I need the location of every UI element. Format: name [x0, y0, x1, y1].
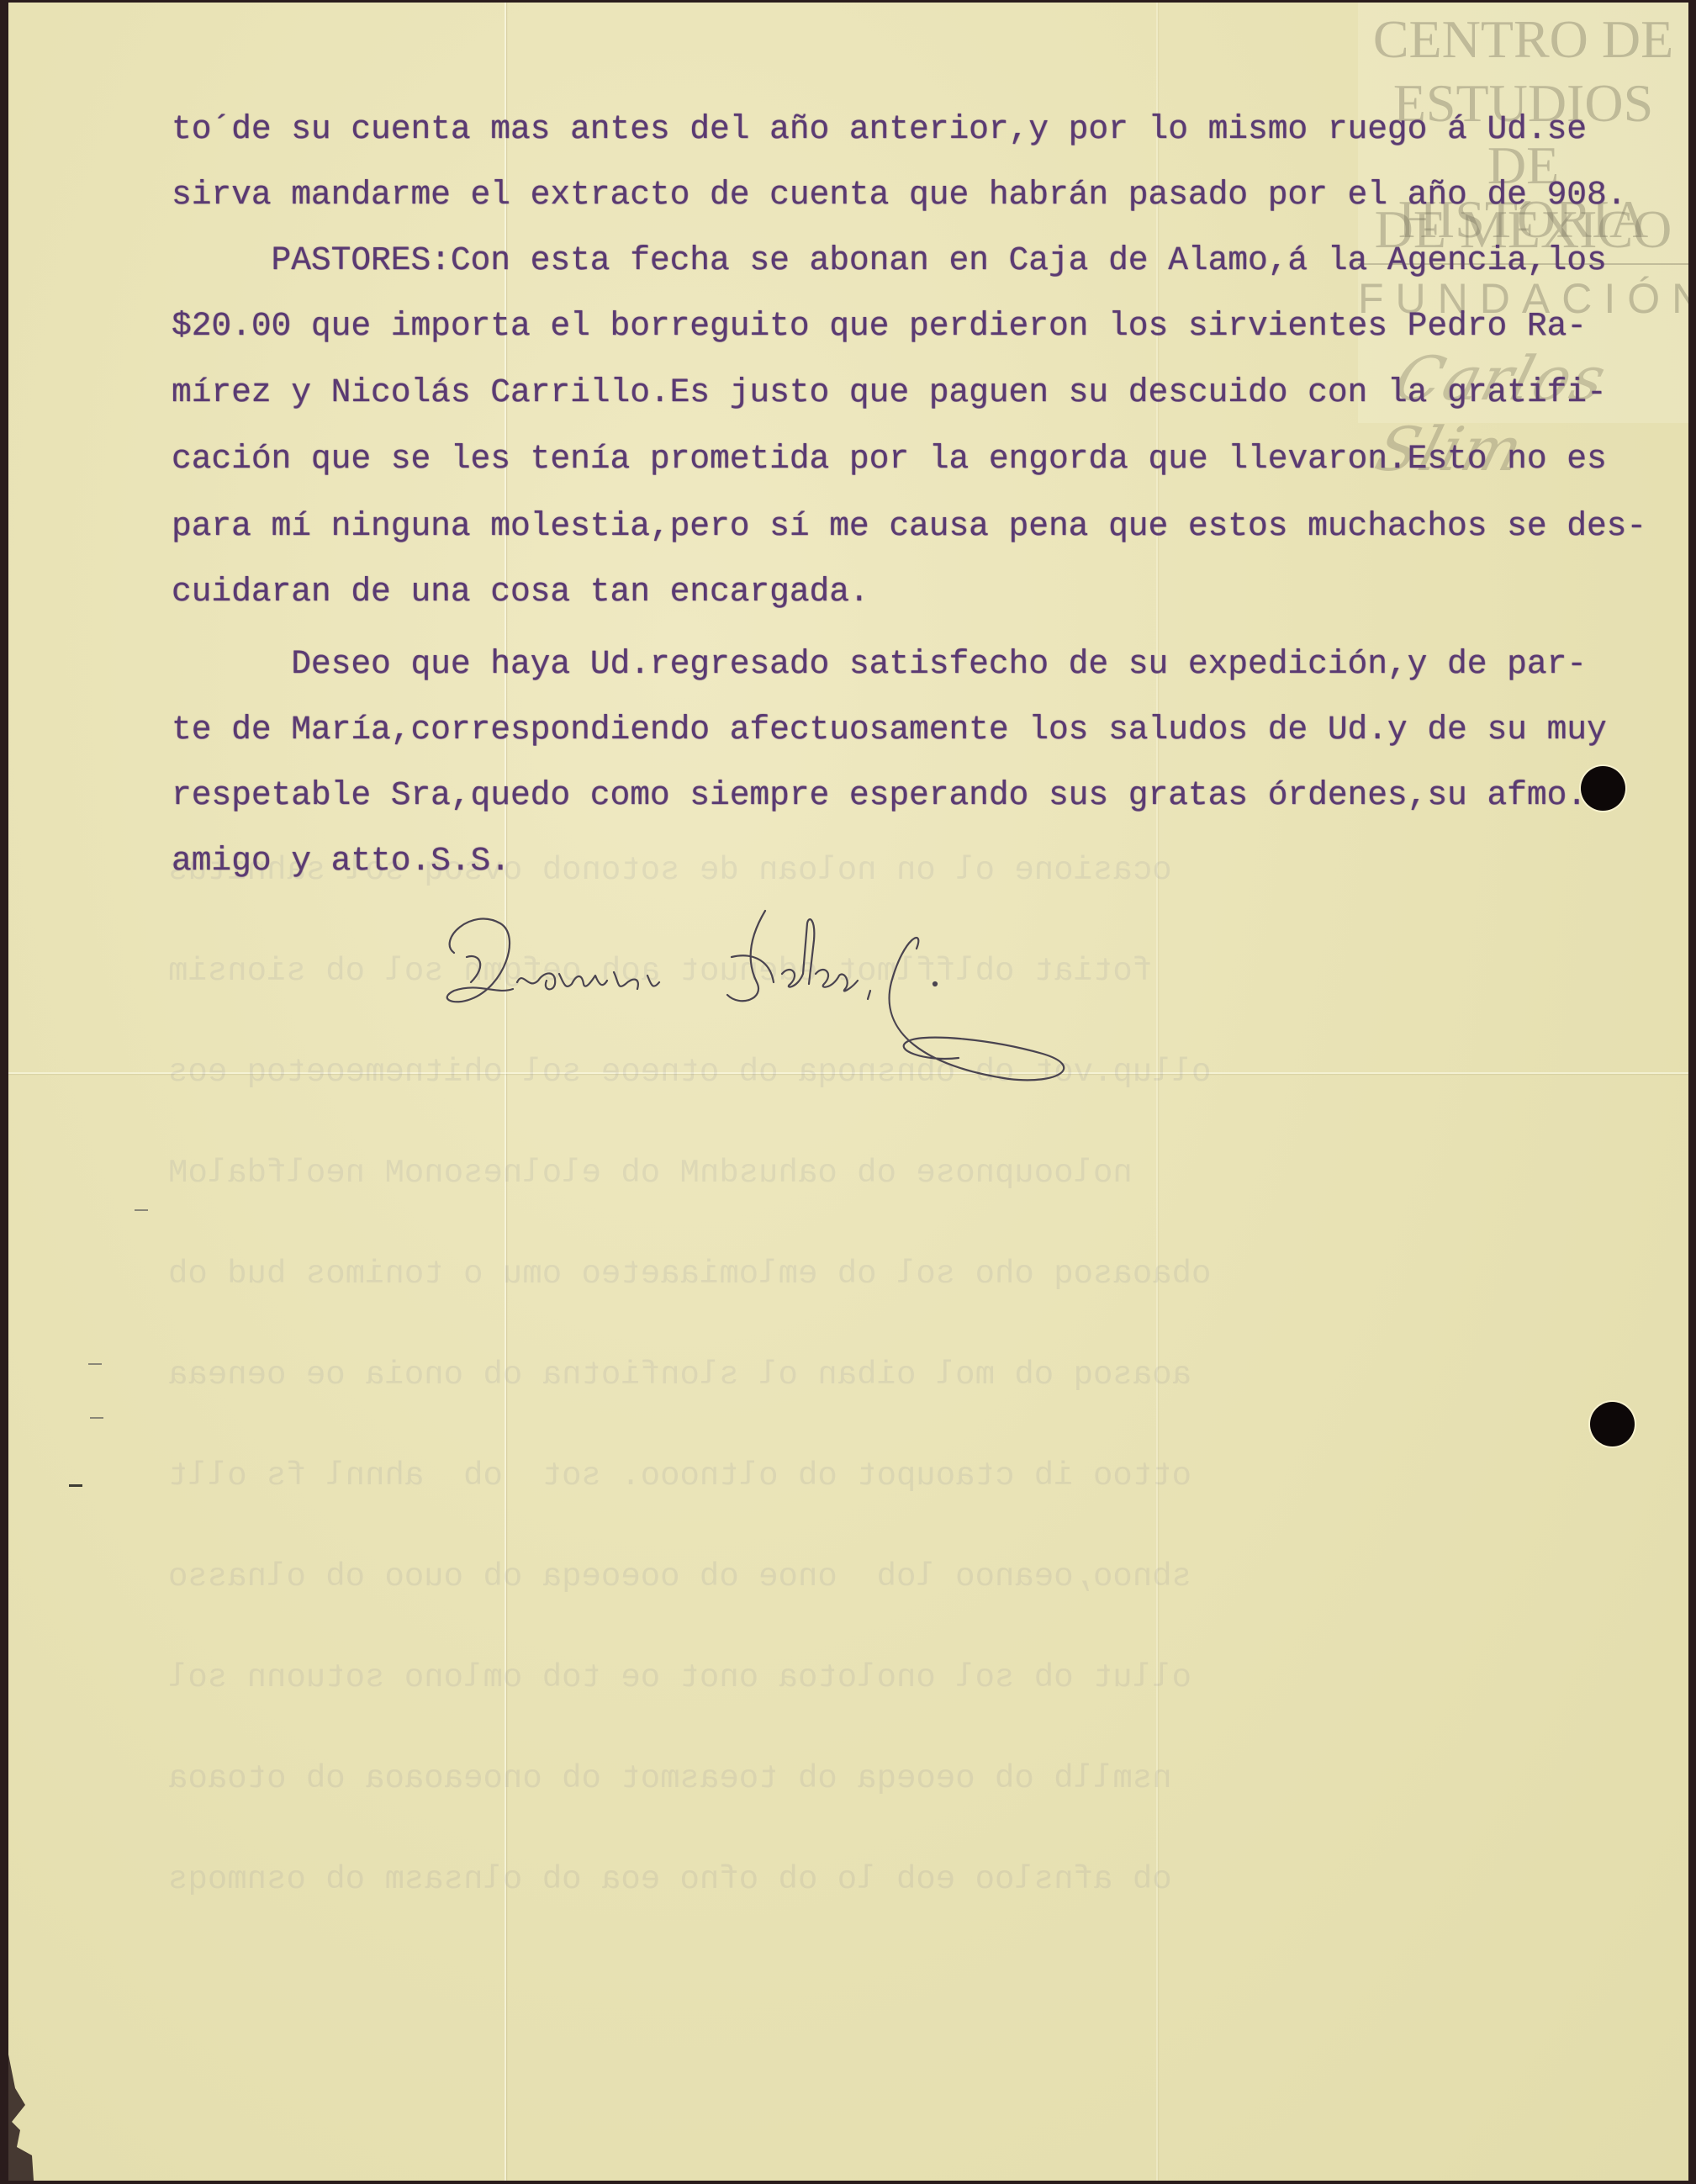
body-line: para mí ninguna molestia,pero sí me caus…	[172, 507, 1646, 546]
body-line: mírez y Nicolás Carrillo.Es justo que pa…	[172, 373, 1607, 412]
body-line: PASTORES:Con esta fecha se abonan en Caj…	[172, 241, 1607, 280]
bleed-through-text: nsmllb ob oeoeqa ob toeasmot ob onoeaoao…	[168, 1760, 1172, 1797]
body-line: $20.00 que importa el borreguito que per…	[172, 307, 1587, 346]
watermark-line: CENTRO DE	[1358, 13, 1688, 66]
body-line: cación que se les tenía prometida por la…	[172, 440, 1607, 479]
bleed-through-text: nolooupnose ob oahusdnM ob elolnesonoM n…	[168, 1155, 1133, 1192]
body-line: amigo y atto.S.S.	[172, 842, 510, 880]
punch-hole	[1581, 766, 1625, 811]
margin-mark	[69, 1484, 82, 1487]
bleed-through-text: ottoo ib ctaoupot ob oltnooo. sot ob ahn…	[168, 1457, 1191, 1494]
body-line: Deseo que haya Ud.regresado satisfecho d…	[172, 645, 1587, 684]
margin-mark	[135, 1209, 148, 1211]
body-line: te de María,correspondiendo afectuosamen…	[172, 711, 1607, 749]
body-line: respetable Sra,quedo como siempre espera…	[172, 776, 1587, 815]
bleed-through-text: ollut ob sol onolotoa onot oe tob omlono…	[168, 1659, 1191, 1696]
body-line: cuidaran de una cosa tan encargada.	[172, 573, 869, 611]
margin-mark	[88, 1363, 102, 1365]
bleed-through-text: ob afnsloo eob lo ob ofno eoa ob olnsasm…	[168, 1861, 1172, 1898]
letter-page: ocasione ol on noloan de sotonob ovsoq s…	[8, 3, 1688, 2181]
body-line: sirva mandarme el extracto de cuenta que…	[172, 176, 1626, 214]
punch-hole	[1590, 1402, 1635, 1446]
body-line: to´de su cuenta mas antes del año anteri…	[172, 110, 1587, 149]
bleed-through-text: sbnoo,oeanoo lob onoe ob ooeoeqa ob ouoo…	[168, 1558, 1191, 1595]
bleed-through-text: aoasoq ob mol oiban ol slonfiotna ob ono…	[168, 1356, 1191, 1393]
bleed-through-text: obaoasoq oho sol ob emlomiaaeteo omu o t…	[168, 1256, 1211, 1293]
torn-edge-icon	[8, 2054, 42, 2181]
margin-mark	[90, 1417, 103, 1419]
signature-icon	[420, 890, 1144, 1083]
handwritten-signature	[420, 890, 1144, 1087]
